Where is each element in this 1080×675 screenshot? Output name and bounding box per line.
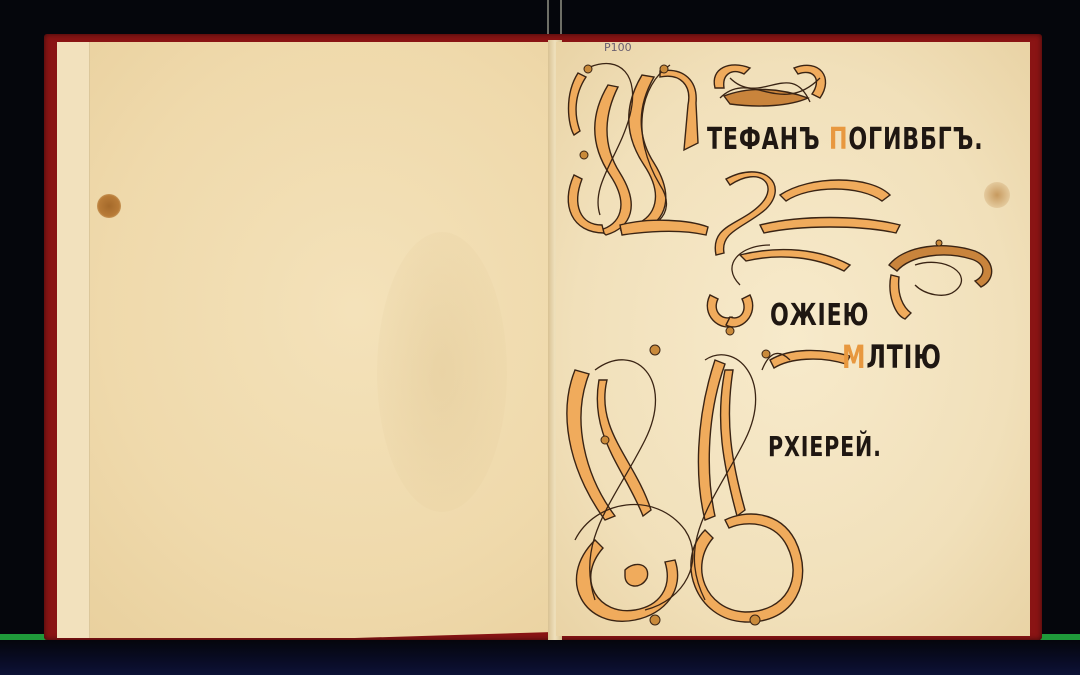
title-line-4-period: .: [873, 430, 882, 463]
left-page-flap: [57, 42, 90, 638]
green-strip-left: [0, 634, 50, 640]
green-strip-right: [1040, 634, 1080, 640]
stain: [984, 182, 1010, 208]
title-line-1: ТЕФАНЪ ПОГИВБГЪ.: [707, 122, 983, 157]
ornamental-initial-double-b-icon: [555, 340, 825, 630]
stain: [377, 232, 507, 512]
title-line-1-period: .: [974, 122, 983, 157]
title-line-4: РХІЕРЕЙ.: [768, 430, 882, 463]
stain: [97, 194, 121, 218]
flourish-ornament-icon: [885, 235, 1000, 325]
page-number: P100: [604, 41, 632, 54]
title-line-1-text: ТЕФАНЪ: [707, 122, 821, 157]
ornamental-initial-s-icon: [560, 55, 710, 240]
title-line-1-accent-letter: П: [829, 122, 848, 157]
title-line-3: МЛТІЮ: [842, 338, 942, 376]
title-line-4-text: РХІЕРЕЙ: [768, 430, 873, 463]
title-line-3-text: ЛТІЮ: [866, 338, 941, 376]
left-page: [57, 42, 553, 638]
title-line-1-rest: ОГИВБГЪ: [848, 122, 974, 157]
flourish-ornament-icon: [710, 58, 830, 118]
title-line-2: ОЖІЕЮ: [770, 298, 869, 333]
title-line-2-text: ОЖІЕЮ: [770, 298, 869, 333]
title-line-3-accent-letter: М: [842, 338, 866, 376]
backdrop-bottom: [0, 640, 1080, 675]
